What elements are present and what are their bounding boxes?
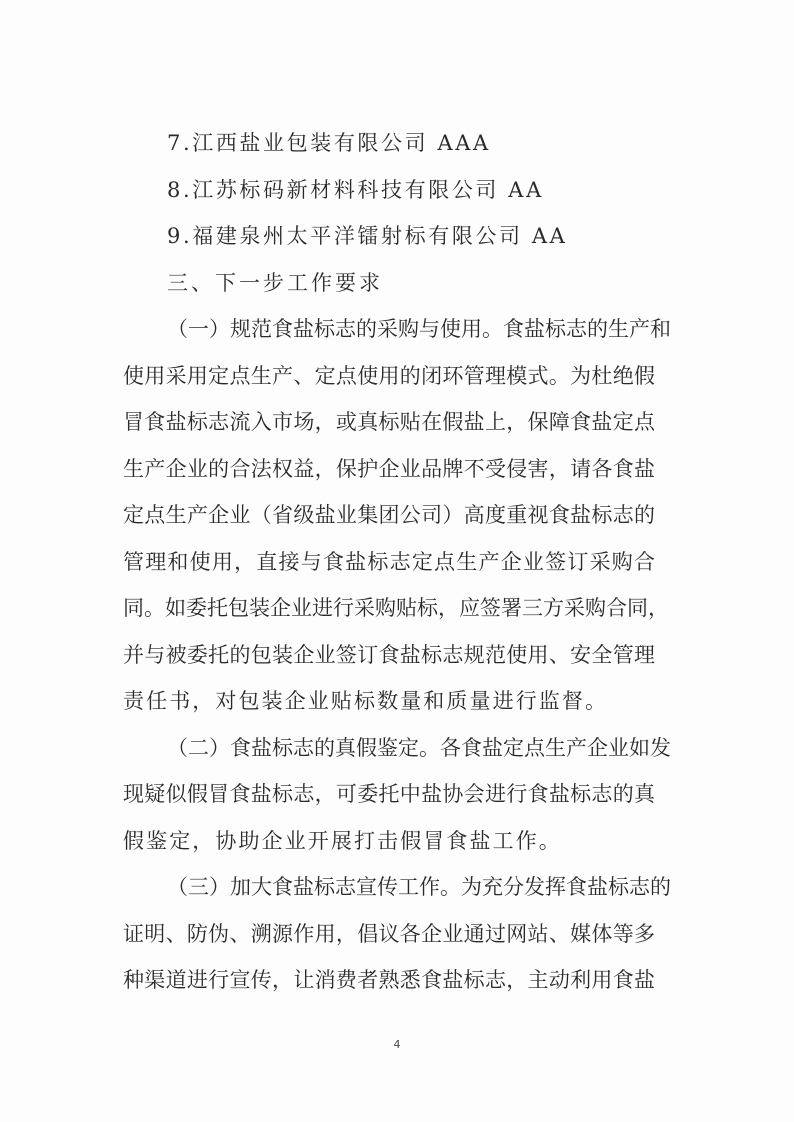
paragraph-line: （一）规范食盐标志的采购与使用。食盐标志的生产和 bbox=[123, 306, 655, 353]
paragraph-line: 责任书，对包装企业贴标数量和质量进行监督。 bbox=[123, 678, 655, 725]
paragraph-line: 现疑似假冒食盐标志，可委托中盐协会进行食盐标志的真 bbox=[123, 771, 655, 818]
list-item-7: 7.江西盐业包装有限公司 AAA bbox=[123, 120, 655, 167]
paragraph-line: （二）食盐标志的真假鉴定。各食盐定点生产企业如发 bbox=[123, 725, 655, 772]
paragraph-line: 并与被委托的包装企业签订食盐标志规范使用、安全管理 bbox=[123, 632, 655, 679]
paragraph-line: 同。如委托包装企业进行采购贴标，应签署三方采购合同， bbox=[123, 585, 655, 632]
paragraph-line: 使用采用定点生产、定点使用的闭环管理模式。为杜绝假 bbox=[123, 353, 655, 400]
list-item-8: 8.江苏标码新材料科技有限公司 AA bbox=[123, 167, 655, 214]
document-body: 7.江西盐业包装有限公司 AAA 8.江苏标码新材料科技有限公司 AA 9.福建… bbox=[123, 120, 655, 1004]
paragraph-3: （三）加大食盐标志宣传工作。为充分发挥食盐标志的 证明、防伪、溯源作用，倡议各企… bbox=[123, 864, 655, 1004]
paragraph-1: （一）规范食盐标志的采购与使用。食盐标志的生产和 使用采用定点生产、定点使用的闭… bbox=[123, 306, 655, 725]
list-item-9: 9.福建泉州太平洋镭射标有限公司 AA bbox=[123, 213, 655, 260]
paragraph-line: 冒食盐标志流入市场，或真标贴在假盐上，保障食盐定点 bbox=[123, 399, 655, 446]
paragraph-line: 生产企业的合法权益，保护企业品牌不受侵害，请各食盐 bbox=[123, 446, 655, 493]
paragraph-line: 种渠道进行宣传，让消费者熟悉食盐标志，主动利用食盐 bbox=[123, 957, 655, 1004]
paragraph-line: 定点生产企业（省级盐业集团公司）高度重视食盐标志的 bbox=[123, 492, 655, 539]
section-heading: 三、下一步工作要求 bbox=[123, 260, 655, 307]
document-page: 7.江西盐业包装有限公司 AAA 8.江苏标码新材料科技有限公司 AA 9.福建… bbox=[0, 0, 794, 1122]
paragraph-line: 证明、防伪、溯源作用，倡议各企业通过网站、媒体等多 bbox=[123, 911, 655, 958]
paragraph-2: （二）食盐标志的真假鉴定。各食盐定点生产企业如发 现疑似假冒食盐标志，可委托中盐… bbox=[123, 725, 655, 865]
paragraph-line: （三）加大食盐标志宣传工作。为充分发挥食盐标志的 bbox=[123, 864, 655, 911]
paragraph-line: 管理和使用，直接与食盐标志定点生产企业签订采购合 bbox=[123, 539, 655, 586]
page-number: 4 bbox=[0, 1038, 794, 1051]
paragraph-line: 假鉴定，协助企业开展打击假冒食盐工作。 bbox=[123, 818, 655, 865]
